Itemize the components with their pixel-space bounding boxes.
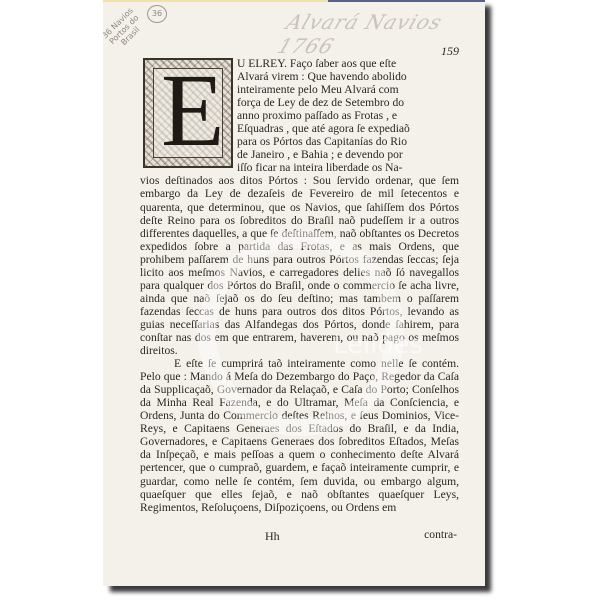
watermark-text: Leilões [333, 330, 423, 360]
text-line: anno proximo paſſado as Frotas , e [237, 109, 459, 122]
catchword: contra- [424, 528, 457, 541]
text-line: U ELREY. Faço ſaber aos que eſte [237, 57, 459, 70]
text-line: de Janeiro , e Bahia ; e devendo por [237, 148, 459, 161]
circled-number: 36 [147, 5, 167, 23]
text-line: Eſquadras , que até agora ſe expediaõ [237, 122, 459, 135]
text-line: para os Pórtos das Capitanías do Rio [237, 135, 459, 148]
text-line: força de Ley de dez de Setembro do [237, 96, 459, 109]
text-line: inteiramente pelo Meu Alvará com [237, 83, 459, 96]
lines-beside-cap: U ELREY. Faço ſaber aos que eſte Alvará … [140, 57, 459, 174]
document-page: 36 Navios Portos do Brasil 36 Alvará Nav… [103, 0, 485, 586]
top-strip [103, 0, 485, 2]
text-line: Alvará virem : Que havendo abolido [237, 70, 459, 83]
text-line: iſſo ficar na inteira liberdade os Na- [237, 161, 459, 174]
signature-mark: Hh [265, 529, 280, 544]
